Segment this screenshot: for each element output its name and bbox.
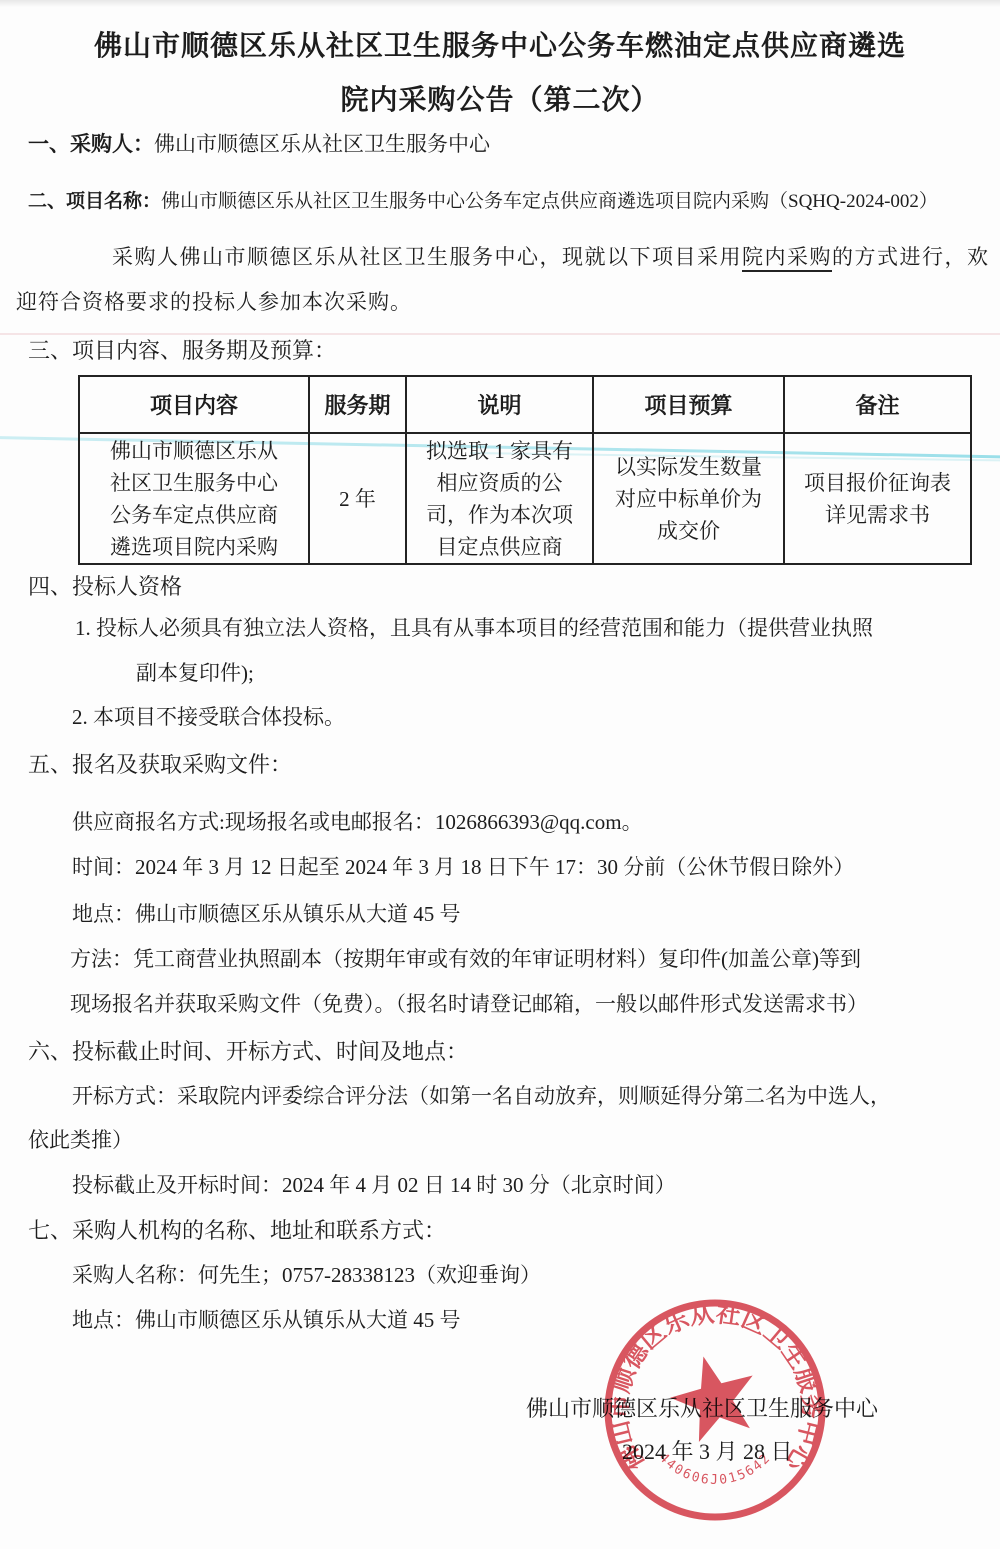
intro-text-pre: 采购人佛山市顺德区乐从社区卫生服务中心，现就以下项目采用	[112, 245, 742, 269]
project-table: 项目内容 服务期 说明 项目预算 备注 佛山市顺德区乐从社区卫生服务中心公务车定…	[78, 375, 972, 565]
cell-description: 拟选取 1 家具有相应资质的公司，作为本次项目定点供应商	[406, 433, 593, 564]
section-6-heading: 六、投标截止时间、开标方式、时间及地点：	[28, 1035, 468, 1066]
section-1-purchaser: 一、采购人：佛山市顺德区乐从社区卫生服务中心	[28, 128, 490, 158]
section-5-time: 时间：2024 年 3 月 12 日起至 2024 年 3 月 18 日下午 1…	[72, 851, 854, 881]
table-row: 佛山市顺德区乐从社区卫生服务中心公务车定点供应商遴选项目院内采购 2 年 拟选取…	[79, 433, 971, 564]
document-title-line-2: 院内采购公告（第二次）	[0, 78, 1000, 118]
seal-code: 440606J015642	[656, 1450, 775, 1488]
seal-star-icon	[670, 1357, 753, 1443]
cell-project-content: 佛山市顺德区乐从社区卫生服务中心公务车定点供应商遴选项目院内采购	[79, 433, 309, 564]
table-header-description: 说明	[406, 376, 593, 433]
section-6-deadline: 投标截止及开标时间：2024 年 4 月 02 日 14 时 30 分（北京时间…	[72, 1169, 676, 1199]
section-6-opening-method-line-2: 依此类推）	[28, 1124, 133, 1154]
cell-service-period: 2 年	[309, 433, 406, 564]
section-5-heading: 五、报名及获取采购文件：	[28, 748, 292, 779]
document-page: 佛山市顺德区乐从社区卫生服务中心公务车燃油定点供应商遴选 院内采购公告（第二次）…	[0, 0, 1000, 1549]
cell-remarks: 项目报价征询表详见需求书	[784, 433, 971, 564]
cell-budget: 以实际发生数量对应中标单价为成交价	[593, 433, 784, 564]
section-5-registration-method: 供应商报名方式:现场报名或电邮报名：1026866393@qq.com。	[72, 806, 643, 836]
intro-text-post: 的方式进行，欢	[832, 245, 990, 269]
table-header-budget: 项目预算	[593, 376, 784, 433]
intro-paragraph-line-1: 采购人佛山市顺德区乐从社区卫生服务中心，现就以下项目采用院内采购的方式进行，欢	[112, 241, 990, 271]
official-seal: 佛山市顺德区乐从社区卫生服务中心 440606J015642	[596, 1288, 838, 1540]
table-header-remarks: 备注	[784, 376, 971, 433]
section-1-label: 一、采购人：	[28, 132, 154, 156]
table-header-service-period: 服务期	[309, 376, 406, 433]
section-4-item-1-line-2: 副本复印件);	[136, 657, 254, 687]
section-4-heading: 四、投标人资格	[28, 570, 182, 601]
section-2-project-name: 二、项目名称：佛山市顺德区乐从社区卫生服务中心公务车定点供应商遴选项目院内采购（…	[28, 186, 938, 213]
section-2-label: 二、项目名称：	[28, 191, 161, 212]
section-7-address: 地点：佛山市顺德区乐从镇乐从大道 45 号	[72, 1304, 461, 1334]
svg-text:440606J015642: 440606J015642	[656, 1450, 775, 1488]
intro-underlined-term: 院内采购	[742, 245, 832, 272]
section-5-method-line-2: 现场报名并获取采购文件（免费）。（报名时请登记邮箱，一般以邮件形式发送需求书）	[70, 988, 868, 1018]
scan-artifact-top-band	[0, 0, 1000, 7]
section-3-heading: 三、项目内容、服务期及预算：	[28, 334, 336, 365]
section-6-opening-method-line-1: 开标方式：采取院内评委综合评分法（如第一名自动放弃，则顺延得分第二名为中选人，	[72, 1080, 891, 1110]
section-7-contact: 采购人名称：何先生；0757-28338123（欢迎垂询）	[72, 1259, 541, 1289]
intro-paragraph-line-2: 迎符合资格要求的投标人参加本次采购。	[16, 286, 412, 316]
table-header-project-content: 项目内容	[79, 376, 309, 433]
section-4-item-2: 2. 本项目不接受联合体投标。	[72, 701, 345, 731]
section-2-value: 佛山市顺德区乐从社区卫生服务中心公务车定点供应商遴选项目院内采购（SQHQ-20…	[161, 191, 938, 212]
section-5-location: 地点：佛山市顺德区乐从镇乐从大道 45 号	[72, 898, 461, 928]
section-5-method-line-1: 方法：凭工商营业执照副本（按期年审或有效的年审证明材料）复印件(加盖公章)等到	[70, 943, 861, 973]
section-1-value: 佛山市顺德区乐从社区卫生服务中心	[154, 132, 490, 156]
document-title-line-1: 佛山市顺德区乐从社区卫生服务中心公务车燃油定点供应商遴选	[0, 24, 1000, 64]
section-4-item-1-line-1: 1. 投标人必须具有独立法人资格，且具有从事本项目的经营范围和能力（提供营业执照	[75, 612, 873, 642]
table-header-row: 项目内容 服务期 说明 项目预算 备注	[79, 376, 971, 433]
section-7-heading: 七、采购人机构的名称、地址和联系方式：	[28, 1214, 446, 1245]
